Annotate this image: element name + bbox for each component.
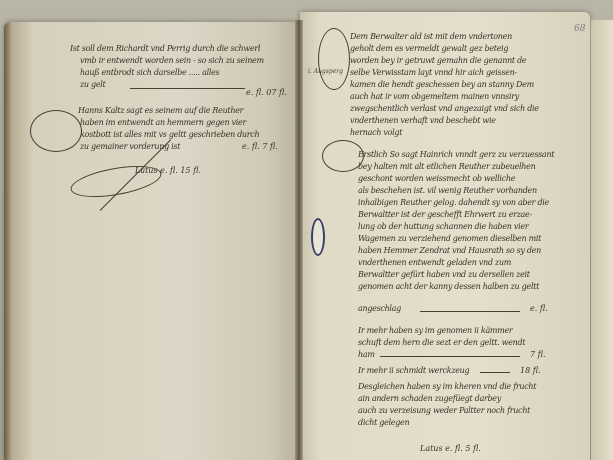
right-entry-5-line: dicht gelegen [358,418,458,427]
right-entry-2-line: Berwaltter gefürt haben vnd zu dersellen… [358,270,573,279]
book-gutter [295,20,303,460]
right-entry-2-line: inhalbigen Reuther gelog. dahendt sy von… [358,198,573,207]
right-entry-1-line: selbe Verwisstam layt vnnd hir aich geis… [350,68,570,77]
left-entry-2-line: haben im entwendt an hemmern gegen vier [80,118,280,127]
left-entry-1-line: vmb ir entwendt worden sein - so sich zu… [80,56,285,65]
right-entry-5-line: Desgleichen haben sy im kheren vnd die f… [358,382,558,391]
right-entry-2-line: als beschehen ist. vil wenig Reuther vor… [358,186,573,195]
right-entry-3-line: ham [358,350,398,359]
right-entry-2-line: bey halten mit alt etlichen Reuther zube… [358,162,573,171]
right-entry-1-line: kamen die hendt geschessen bey an stanny… [350,80,570,89]
right-entry-1-line: Dem Berwalter ald ist mit dem vndertonen [350,32,570,41]
left-entry-1-amount: e. fl. 07 fl. [246,88,287,97]
right-entry-1-line: vnderthenen verhaft vnd beschebt wie [350,116,570,125]
right-entry-2-line: genomen acht der kanny dessen halben zu … [358,282,573,291]
right-entry-3-amount: 7 fl. [530,350,546,359]
right-entry-3-line: Ir mehr haben sy im genomen ii kämmer [358,326,558,335]
right-entry-3-line: schuft dem hern die sezt er den geltt. w… [358,338,558,347]
right-entry-2-line: Erstlich So sagt Hainrich vnndt gerz zu … [358,150,573,159]
right-entry-2-line: Wagemen zu verziehend genomen dieselben … [358,234,573,243]
page-number: 68 [574,24,585,34]
right-entry-2-line: geschont worden weissmecht ob welliche [358,174,573,183]
right-entry-5-line: auch zu verzeisung weder Paltter noch fr… [358,406,558,415]
left-entry-2-line: kostbott ist alles mit vs geltt geschrie… [80,130,280,139]
entry-rule [380,356,520,357]
right-entry-2-line: angeschlag [358,304,408,313]
right-entry-2-line: vnderthenen entwendt geladen vnd zum [358,258,573,267]
right-page-total: Latus e. fl. 5 fl. [420,444,481,453]
left-entry-1-line: Ist soll dem Richardt vnd Perrig durch d… [70,44,285,53]
right-entry-1-line: zwegschentlich verlast vnd angezaigt vnd… [350,104,570,113]
left-entry-2-amount: e. fl. 7 fl. [242,142,278,151]
left-entry-2-line: Hanns Kaltz sagt es seinem auf die Reuth… [78,106,278,115]
entry-rule [420,311,520,312]
left-page-total: Latus e. fl. 15 fl. [135,166,201,175]
left-entry-1-line: hauß entbrodt sich darselbe ..... alles [80,68,285,77]
library-stamp [311,218,325,256]
left-entry-2-line: zu gemainer vorderung ist [80,142,220,151]
right-entry-2-line: haben Hemmer Zendrat vnd Hausrath so sy … [358,246,573,255]
right-entry-5-line: ain andern schaden zugefüegt darbey [358,394,558,403]
entry-rule [130,88,245,89]
right-entry-4-line: Ir mehr ii schmidt werckzeug [358,366,478,375]
right-entry-1-line: auch hat ir vom obgemeltem mainen vnnsir… [350,92,570,101]
right-entry-2-amount: e. fl. [530,304,548,313]
flourish [30,110,82,152]
right-entry-1-line: worden bey ir getruwt gemahn die genannt… [350,56,570,65]
entry-rule [480,372,510,373]
right-entry-4-amount: 18 fl. [520,366,541,375]
right-entry-2-line: lung ob der huttung schannen die haben v… [358,222,573,231]
right-entry-2-line: Berwaltter ist der geschefft Ehrwert zu … [358,210,573,219]
flourish [318,28,350,90]
page-edges [591,20,613,460]
right-entry-1-line: geholt dem es vermeldt gewalt gez beteig [350,44,570,53]
right-entry-1-line: hernach volgt [350,128,430,137]
